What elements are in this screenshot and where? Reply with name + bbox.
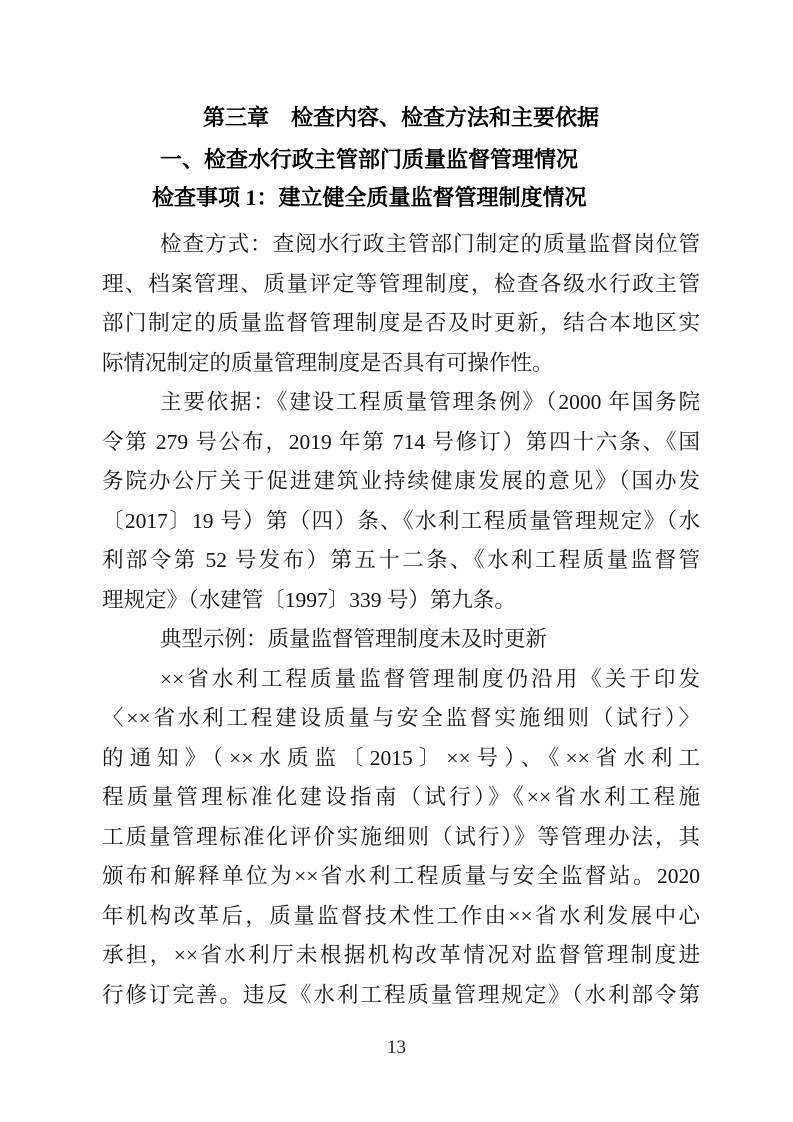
body-line: 程质量管理标准化建设指南（试行）》《××省水利工程施	[102, 778, 700, 818]
body-line: 承担，××省水利厅未根据机构改革情况对监督管理制度进	[102, 936, 700, 976]
body-line: 行修订完善。违反《水利工程质量管理规定》（水利部令第	[102, 976, 700, 1016]
item-heading: 检查事项 1：建立健全质量监督管理制度情况	[152, 184, 587, 211]
body-line: 颁布和解释单位为××省水利工程质量与安全监督站。2020	[102, 857, 700, 897]
section-heading: 一、检查水行政主管部门质量监督管理情况	[160, 146, 578, 173]
body-line: 年机构改革后，质量监督技术性工作由××省水利发展中心	[102, 897, 700, 937]
body-line: 务院办公厅关于促进建筑业持续健康发展的意见》（国办发	[102, 462, 700, 502]
body-line: 〈××省水利工程建设质量与安全监督实施细则（试行）〉	[102, 699, 700, 739]
body-line: 部门制定的质量监督管理制度是否及时更新，结合本地区实	[102, 304, 700, 344]
body-line: 际情况制定的质量管理制度是否具有可操作性。	[102, 344, 700, 384]
body-line: 利部令第 52 号发布）第五十二条、《水利工程质量监督管	[102, 541, 700, 581]
document-page: 第三章 检查内容、检查方法和主要依据 一、检查水行政主管部门质量监督管理情况 检…	[0, 0, 793, 1122]
body-line: 令第 279 号公布，2019 年第 714 号修订）第四十六条、《国	[102, 423, 700, 463]
body-line: 检查方式：查阅水行政主管部门制定的质量监督岗位管	[102, 225, 700, 265]
body-line: 典型示例：质量监督管理制度未及时更新	[102, 620, 700, 660]
body-text: 检查方式：查阅水行政主管部门制定的质量监督岗位管 理、档案管理、质量评定等管理制…	[102, 225, 700, 1015]
body-line: 工质量管理标准化评价实施细则（试行）》等管理办法，其	[102, 818, 700, 858]
body-line: 理规定》（水建管〔1997〕339 号）第九条。	[102, 581, 700, 621]
body-line: ××省水利工程质量监督管理制度仍沿用《关于印发	[102, 660, 700, 700]
chapter-title: 第三章 检查内容、检查方法和主要依据	[102, 104, 700, 131]
body-line: 的通知》（××水质监〔2015〕××号）、《××省水利工	[102, 739, 700, 779]
body-line: 主要依据：《建设工程质量管理条例》（2000 年国务院	[102, 383, 700, 423]
body-line: 理、档案管理、质量评定等管理制度，检查各级水行政主管	[102, 265, 700, 305]
body-line: 〔2017〕19 号）第（四）条、《水利工程质量管理规定》（水	[102, 502, 700, 542]
page-number: 13	[0, 1036, 793, 1060]
